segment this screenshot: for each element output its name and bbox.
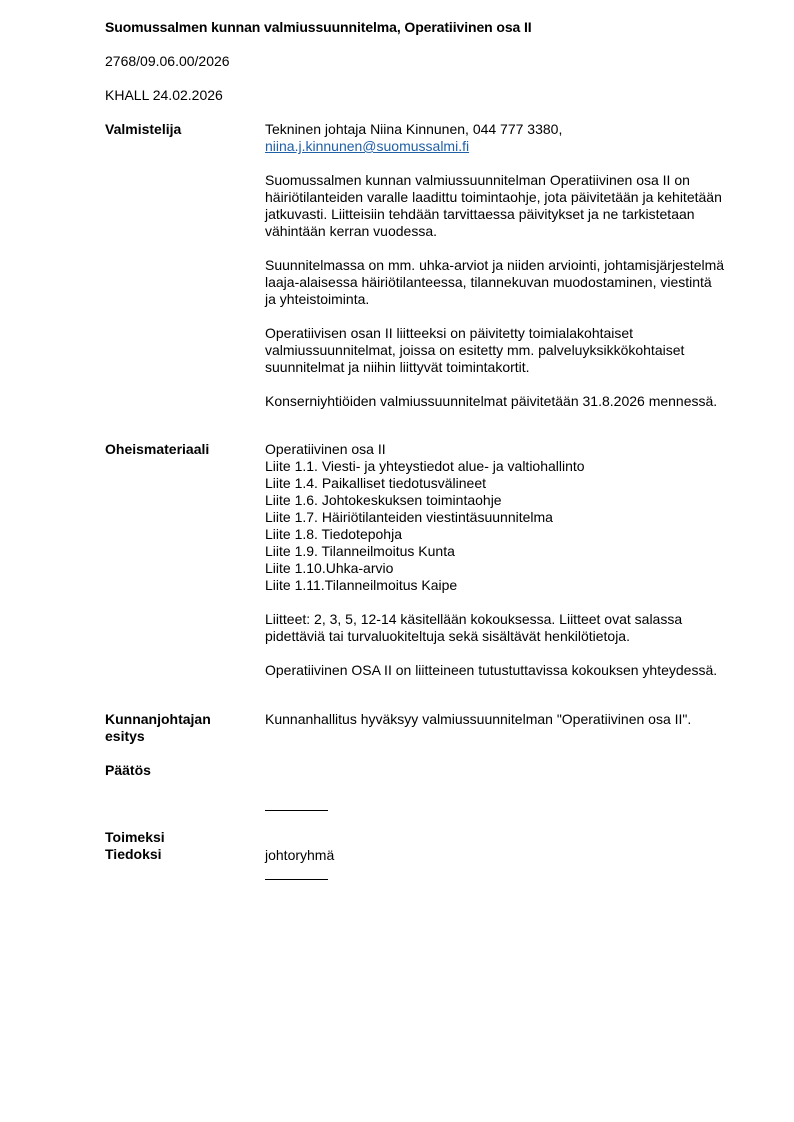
- paragraph: Suunnitelmassa on mm. uhka-arviot ja nii…: [265, 257, 725, 308]
- document-title: Suomussalmen kunnan valmiussuunnitelma, …: [105, 19, 532, 36]
- meeting-reference: KHALL 24.02.2026: [105, 87, 223, 104]
- attachment-item: Liite 1.1. Viesti- ja yhteystiedot alue-…: [265, 458, 725, 475]
- attachment-item: Liite 1.7. Häiriötilanteiden viestintäsu…: [265, 509, 725, 526]
- attachment-item: Liite 1.8. Tiedotepohja: [265, 526, 725, 543]
- attachment-list: Operatiivinen osa II Liite 1.1. Viesti- …: [265, 441, 725, 594]
- paragraph: Suomussalmen kunnan valmiussuunnitelman …: [265, 172, 725, 240]
- attachment-item: Operatiivinen osa II: [265, 441, 725, 458]
- label-paatos: Päätös: [105, 762, 255, 779]
- label-tiedoksi: Tiedoksi: [105, 846, 255, 863]
- divider-line: [265, 810, 328, 811]
- notify-recipients: johtoryhmä: [265, 847, 725, 864]
- preparer-line: Tekninen johtaja Niina Kinnunen, 044 777…: [265, 121, 725, 138]
- label-valmistelija: Valmistelija: [105, 121, 255, 138]
- paragraph: Operatiivinen OSA II on liitteineen tutu…: [265, 662, 725, 679]
- email-link[interactable]: niina.j.kinnunen@suomussalmi.fi: [265, 138, 469, 154]
- attachment-item: Liite 1.9. Tilanneilmoitus Kunta: [265, 543, 725, 560]
- paragraph: Liitteet: 2, 3, 5, 12-14 käsitellään kok…: [265, 611, 725, 645]
- document-page: Suomussalmen kunnan valmiussuunnitelma, …: [0, 0, 794, 1122]
- section-valmistelija: Tekninen johtaja Niina Kinnunen, 044 777…: [265, 121, 725, 410]
- proposal-text: Kunnanhallitus hyväksyy valmiussuunnitel…: [265, 711, 735, 728]
- label-toimeksi: Toimeksi: [105, 829, 255, 846]
- attachment-item: Liite 1.4. Paikalliset tiedotusvälineet: [265, 475, 725, 492]
- divider-line: [265, 879, 328, 880]
- attachment-item: Liite 1.11.Tilanneilmoitus Kaipe: [265, 577, 725, 594]
- attachment-item: Liite 1.6. Johtokeskuksen toimintaohje: [265, 492, 725, 509]
- section-oheismateriaali: Operatiivinen osa II Liite 1.1. Viesti- …: [265, 441, 725, 679]
- label-oheismateriaali: Oheismateriaali: [105, 441, 255, 458]
- label-kunnanjohtajan-esitys: Kunnanjohtajan esitys: [105, 711, 235, 745]
- paragraph: Konserniyhtiöiden valmiussuunnitelmat pä…: [265, 393, 725, 410]
- reference-number: 2768/09.06.00/2026: [105, 53, 230, 70]
- paragraph: Operatiivisen osan II liitteeksi on päiv…: [265, 325, 725, 376]
- attachment-item: Liite 1.10.Uhka-arvio: [265, 560, 725, 577]
